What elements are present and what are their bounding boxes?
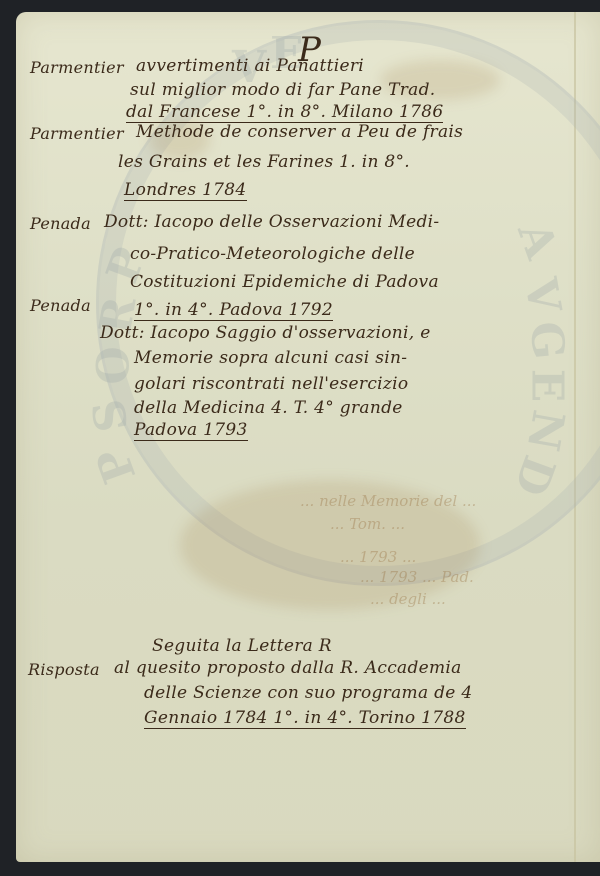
entry-line: Dott: Iacopo Saggio d'osservazioni, e: [100, 323, 431, 343]
entry-line: al quesito proposto dalla R. Accademia: [114, 658, 462, 678]
entry-line: sul miglior modo di far Pane Trad.: [130, 80, 435, 100]
entry-line: 1°. in 4°. Padova 1792: [134, 300, 333, 321]
entry-author: Penada: [30, 214, 91, 233]
entry-author: Penada: [30, 296, 91, 315]
stamp-letter: E: [521, 369, 572, 403]
stamp-letter: O: [89, 346, 140, 384]
entry-line: Gennaio 1784 1°. in 4°. Torino 1788: [144, 708, 466, 729]
entry-line: delle Scienze con suo programa de 4: [144, 683, 472, 703]
bleed-through-text: ... 1793 ... Pad.: [360, 568, 474, 586]
entry-line: Methode de conserver a Peu de frais: [136, 122, 463, 142]
entry-author: Parmentier: [30, 58, 124, 77]
entry-line: dal Francese 1°. in 8°. Milano 1786: [126, 102, 443, 123]
bleed-through-text: ... Tom. ...: [330, 515, 405, 533]
bleed-through-text: ... nelle Memorie del ...: [300, 492, 476, 510]
bleed-through-text: ... degli ...: [370, 590, 446, 608]
entry-line: Padova 1793: [134, 420, 248, 441]
entry-line: Memorie sopra alcuni casi sin-: [134, 348, 407, 368]
entry-line: della Medicina 4. T. 4° grande: [134, 398, 403, 418]
entry-line: Dott: Iacopo delle Osservazioni Medi-: [104, 212, 439, 232]
section-heading: Seguita la Lettera R: [152, 636, 332, 656]
entry-line: Costituzioni Epidemiche di Padova: [130, 272, 439, 292]
bleed-through-text: ... 1793 ...: [340, 548, 416, 566]
stamp-letter: G: [520, 320, 574, 362]
entry-author: Parmentier: [30, 124, 124, 143]
entry-author: Risposta: [28, 660, 100, 679]
entry-line: co-Pratico-Meteorologiche delle: [130, 244, 415, 264]
stamp-letter: N: [517, 406, 574, 454]
entry-line: avvertimenti ai Panattieri: [136, 56, 364, 76]
entry-line: les Grains et les Farines 1. in 8°.: [118, 152, 410, 172]
entry-line: golari riscontrati nell'esercizio: [134, 374, 408, 394]
entry-line: Londres 1784: [124, 180, 247, 201]
